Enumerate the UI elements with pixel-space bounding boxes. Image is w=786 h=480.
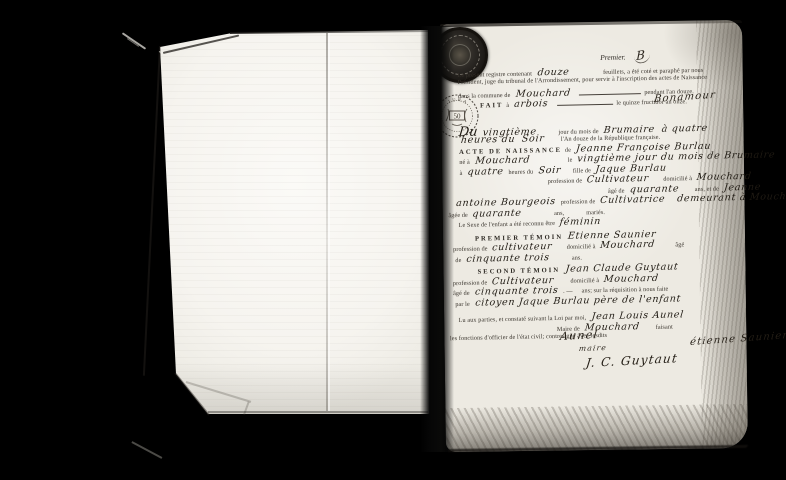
- manuscript-text: heures du: [458, 134, 518, 146]
- sheet-crease-highlight: [328, 33, 330, 411]
- scratch-mark: [122, 32, 146, 49]
- manuscript-text: Soir: [536, 164, 564, 176]
- printed-text: dans la commune de: [458, 91, 511, 99]
- manuscript-text: féminin: [558, 216, 604, 228]
- binding-gutter-shadow: [420, 26, 454, 452]
- scanned-register-photo: 50 JURA Premier.BLe présent registre con…: [0, 0, 786, 480]
- printed-italic-text: Premier.: [600, 52, 626, 62]
- document-line: Duvingtièmejour du mois deBrumaireà quat…: [459, 118, 745, 134]
- sheet-left-edge: [143, 46, 161, 376]
- printed-text: profession de: [561, 198, 596, 206]
- printed-text: fille de: [573, 167, 591, 174]
- fill-rule: [557, 104, 613, 106]
- printed-text: profession de: [548, 177, 583, 185]
- blank-left-pages: [158, 28, 430, 416]
- printed-text: ans,: [554, 209, 564, 216]
- printed-text: Maire de: [557, 325, 580, 332]
- printed-text: à: [459, 169, 462, 176]
- manuscript-text: Mouchard: [582, 321, 642, 333]
- document-lines: Premier.BLe présent registre contenantdo…: [457, 46, 749, 345]
- printed-text: âgé de: [608, 187, 625, 194]
- printed-text: de: [565, 146, 571, 153]
- printed-text: les fonctions d'officier de l'état civil…: [450, 332, 607, 342]
- manuscript-text: quatre: [465, 165, 506, 177]
- blank-space: [574, 74, 600, 75]
- manuscript-text: arbois: [512, 98, 551, 110]
- paraph-flourish: B: [634, 47, 650, 65]
- printed-text: de: [455, 256, 461, 263]
- document-line: Premier.B: [600, 46, 743, 59]
- printed-text: profession de: [453, 245, 488, 253]
- printed-text: domicilié à: [570, 277, 599, 285]
- manuscript-text: demeurant à Mouchard: [675, 191, 786, 205]
- printed-text: faisant: [656, 323, 673, 330]
- manuscript-text: quarante: [470, 207, 524, 219]
- printed-text: . —: [563, 288, 573, 295]
- printed-text: à: [506, 102, 509, 109]
- manuscript-text: Mouchard: [602, 272, 662, 284]
- printed-text: âgée de: [448, 211, 468, 218]
- printed-caps-text: FAIT: [480, 102, 503, 109]
- manuscript-text: Brumaire: [601, 123, 657, 135]
- printed-text: le: [568, 157, 573, 164]
- manuscript-text: douze: [534, 66, 571, 78]
- blank-space: [535, 162, 565, 163]
- printed-text: heures du: [508, 168, 533, 176]
- manuscript-text: Cultivatrice: [598, 194, 668, 206]
- manuscript-text: Mouchard: [472, 154, 532, 166]
- manuscript-text: Mouchard: [598, 239, 658, 251]
- printed-text: profession de: [453, 279, 488, 287]
- manuscript-text: cinquante trois: [464, 252, 553, 265]
- printed-text: par le: [455, 300, 470, 307]
- printed-text: ans.: [572, 254, 582, 261]
- printed-text: ans, et de: [695, 185, 719, 193]
- printed-text: pendant l'an douze.: [644, 88, 694, 96]
- manuscript-text: Soir: [520, 133, 548, 145]
- sheet-bottom-edge: [208, 411, 428, 413]
- manuscript-text: à quatre: [659, 122, 710, 134]
- printed-text: le quinze fructidor an onze.: [616, 98, 687, 106]
- printed-text: domicilié à: [567, 243, 596, 251]
- printed-text: âgé: [675, 241, 684, 248]
- printed-text: domicilié à: [663, 175, 692, 183]
- printed-text: Le Sexe de l'enfant a été reconnu être: [459, 220, 556, 229]
- scratch-mark: [132, 441, 163, 458]
- fill-rule: [579, 93, 641, 95]
- printed-text: âgé de: [453, 290, 470, 297]
- blank-space: [527, 215, 551, 216]
- printed-text: né à: [459, 159, 470, 166]
- printed-text: mariés.: [586, 208, 605, 215]
